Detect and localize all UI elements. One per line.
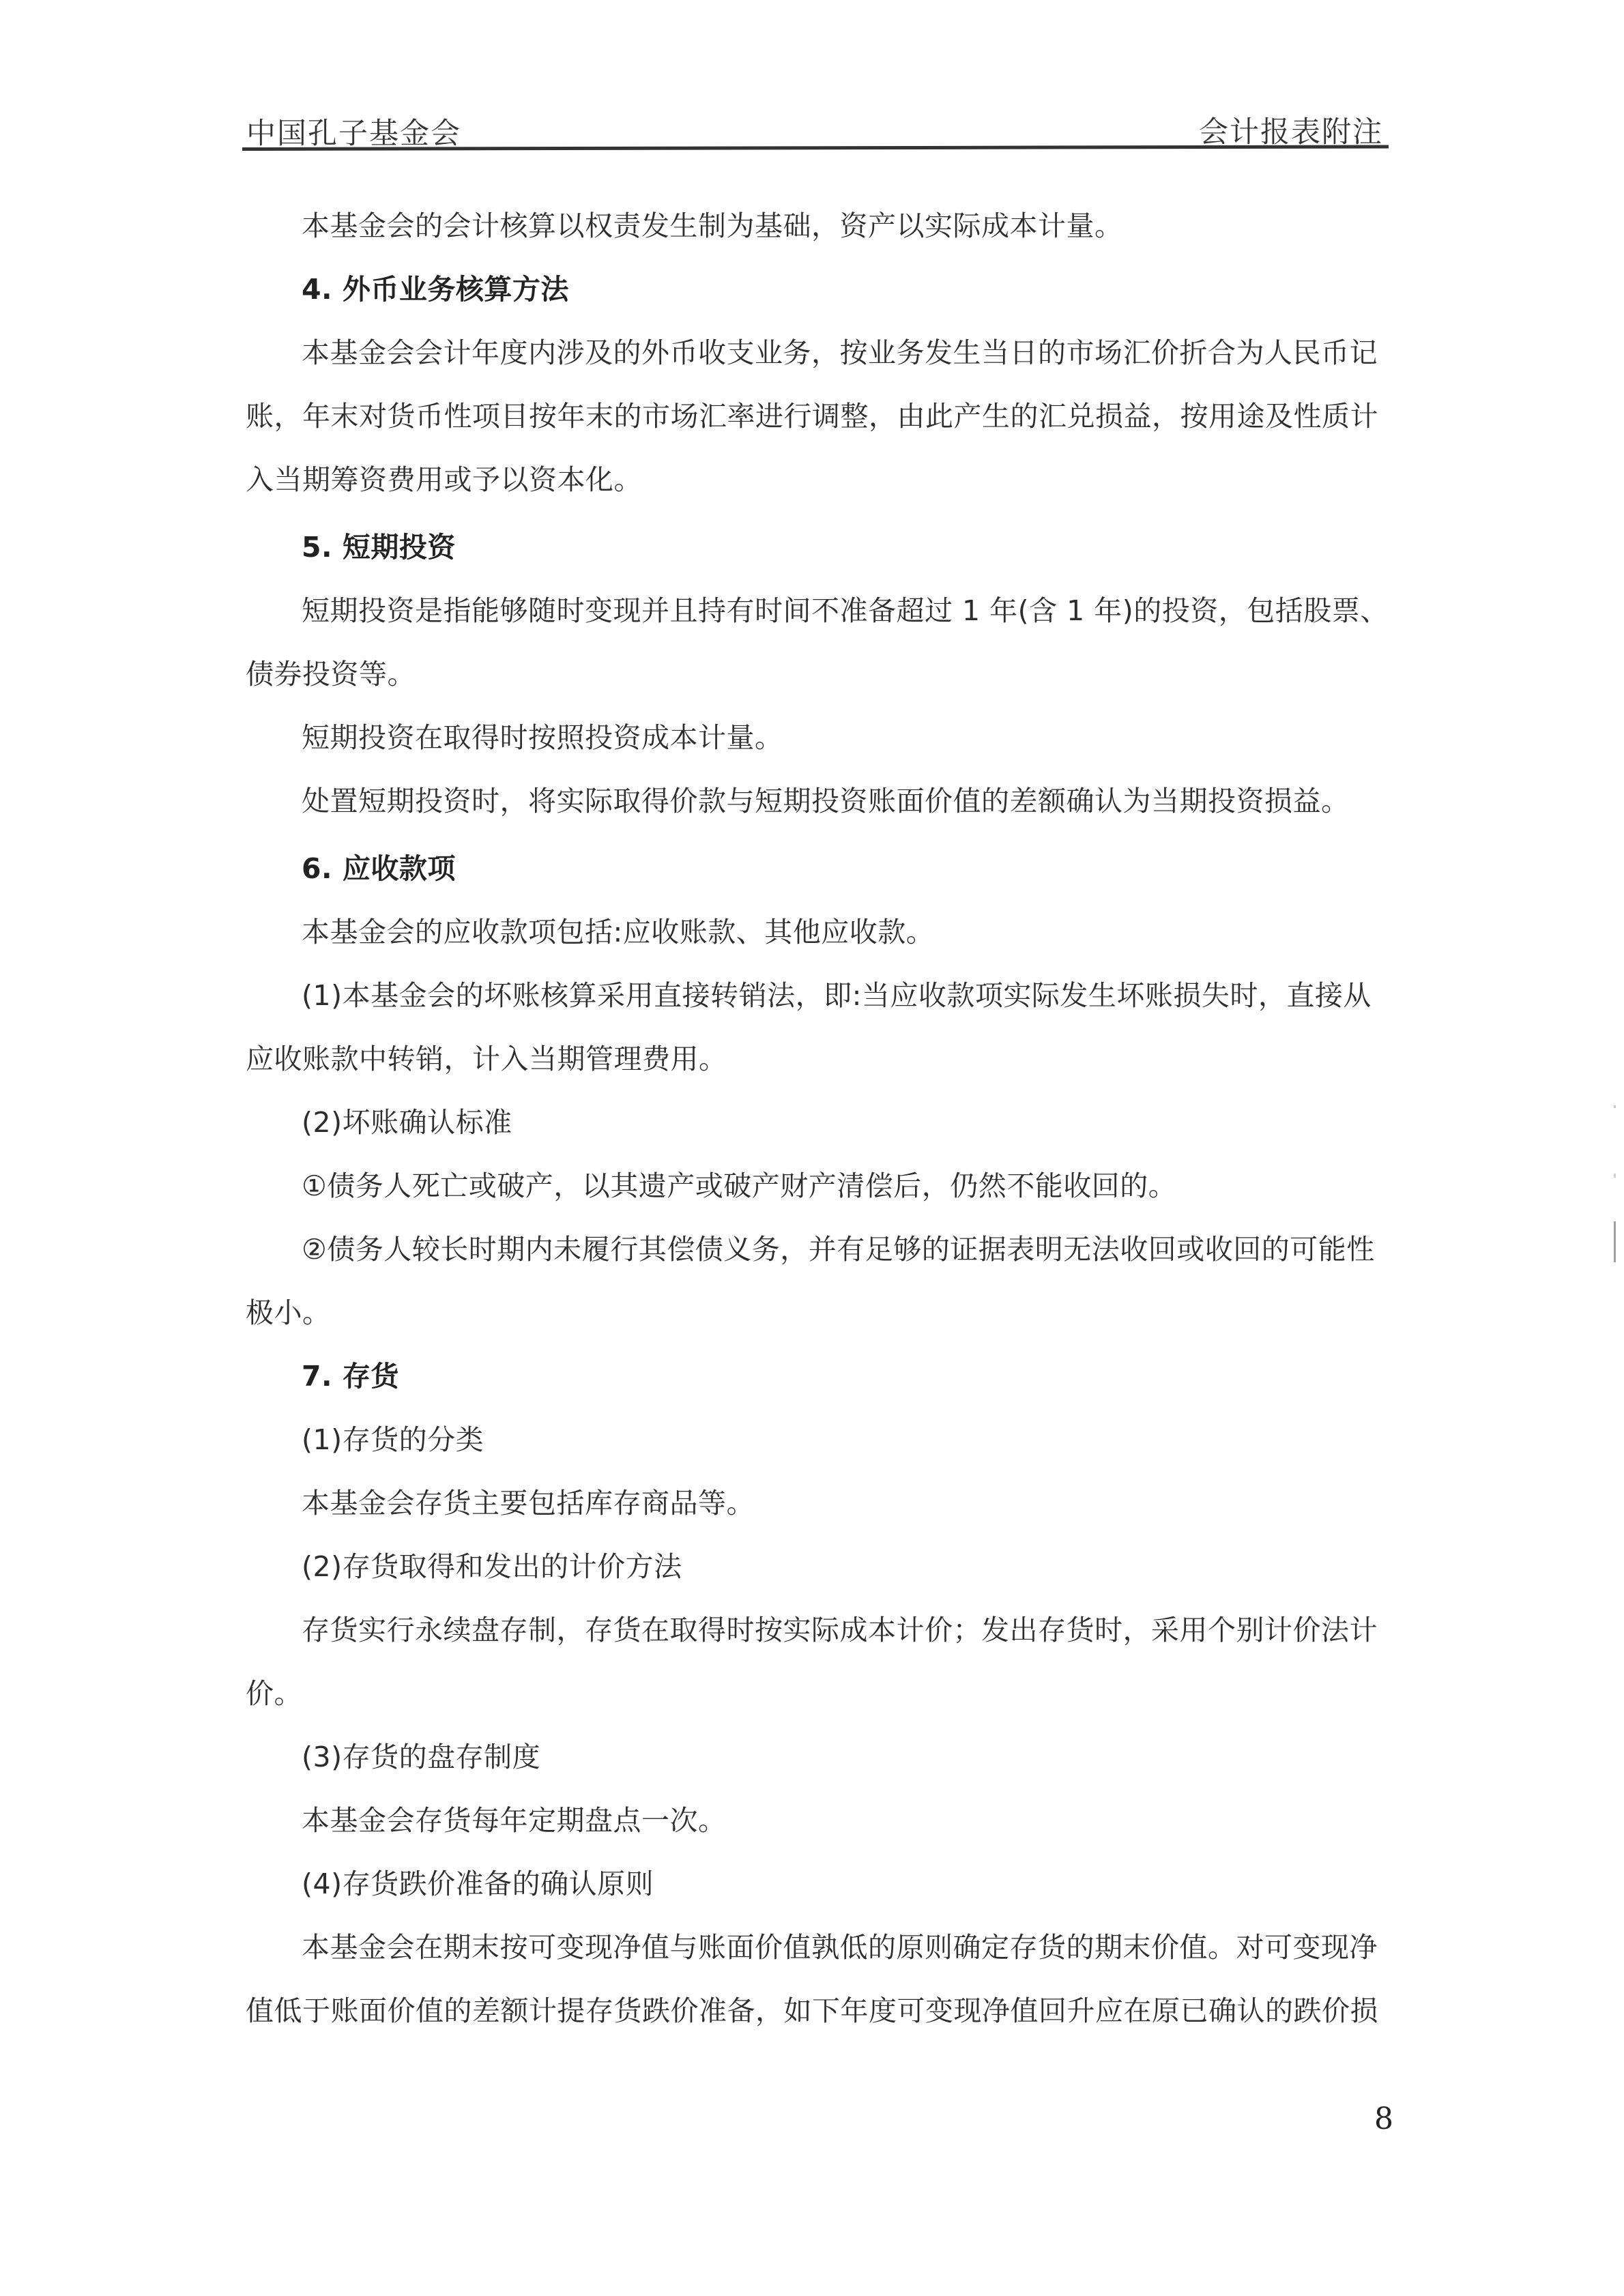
paragraph-line: 短期投资是指能够随时变现并且持有时间不准备超过 1 年(含 1 年)的投资，包括… (246, 579, 1395, 643)
paragraph-line: 处置短期投资时，将实际取得价款与短期投资账面价值的差额确认为当期投资损益。 (246, 770, 1395, 833)
list-item: ①债务人死亡或破产，以其遗产或破产财产清偿后，仍然不能收回的。 (246, 1154, 1395, 1218)
paragraph-line: 入当期筹资费用或予以资本化。 (246, 448, 1395, 512)
paragraph-line: 短期投资在取得时按照投资成本计量。 (246, 706, 1395, 770)
section-heading-6: 6. 应收款项 (246, 837, 1395, 901)
document-body: 本基金会的会计核算以权责发生制为基础，资产以实际成本计量。 4. 外币业务核算方… (246, 194, 1395, 2043)
paragraph-line: 应收账款中转销，计入当期管理费用。 (246, 1028, 1395, 1091)
paragraph-line: 存货实行永续盘存制，存货在取得时按实际成本计价；发出存货时，采用个别计价法计 (246, 1599, 1395, 1662)
section-heading-7: 7. 存货 (246, 1345, 1395, 1408)
paragraph-line: 债券投资等。 (246, 643, 1395, 706)
section-heading-4: 4. 外币业务核算方法 (246, 258, 1395, 321)
paragraph-line: 本基金会的应收款项包括:应收账款、其他应收款。 (246, 901, 1395, 964)
paragraph-line: 值低于账面价值的差额计提存货跌价准备，如下年度可变现净值回升应在原已确认的跌价损 (246, 1979, 1395, 2043)
paragraph-line: 本基金会存货主要包括库存商品等。 (246, 1472, 1395, 1535)
paragraph-line: 本基金会在期末按可变现净值与账面价值孰低的原则确定存货的期末价值。对可变现净 (246, 1916, 1395, 1979)
subsection-heading: (3)存货的盘存制度 (246, 1726, 1395, 1789)
scan-artifact (1614, 1174, 1616, 1178)
organization-name: 中国孔子基金会 (246, 111, 461, 152)
paragraph-line: 本基金会存货每年定期盘点一次。 (246, 1789, 1395, 1852)
subsection-heading: (2)存货取得和发出的计价方法 (246, 1535, 1395, 1599)
section-heading-5: 5. 短期投资 (246, 516, 1395, 579)
paragraph-line: 本基金会的会计核算以权责发生制为基础，资产以实际成本计量。 (246, 194, 1395, 258)
subsection-heading: (2)坏账确认标准 (246, 1091, 1395, 1154)
page-header: 中国孔子基金会 会计报表附注 (242, 102, 1389, 150)
paragraph-line: 账，年末对货币性项目按年末的市场汇率进行调整，由此产生的汇兑损益，按用途及性质计 (246, 385, 1395, 448)
paragraph-line: (1)本基金会的坏账核算采用直接转销法，即:当应收款项实际发生坏账损失时，直接从 (246, 964, 1395, 1028)
paragraph-line: 价。 (246, 1662, 1395, 1726)
scan-artifact (1614, 1221, 1616, 1262)
scan-artifact (1614, 1105, 1616, 1108)
paragraph-line: 极小。 (246, 1281, 1395, 1345)
list-item: ②债务人较长时期内未履行其偿债义务，并有足够的证据表明无法收回或收回的可能性 (246, 1218, 1395, 1281)
paragraph-line: 本基金会会计年度内涉及的外币收支业务，按业务发生当日的市场汇价折合为人民币记 (246, 321, 1395, 385)
subsection-heading: (4)存货跌价准备的确认原则 (246, 1852, 1395, 1916)
subsection-heading: (1)存货的分类 (246, 1408, 1395, 1472)
page-number: 8 (1374, 2102, 1393, 2136)
